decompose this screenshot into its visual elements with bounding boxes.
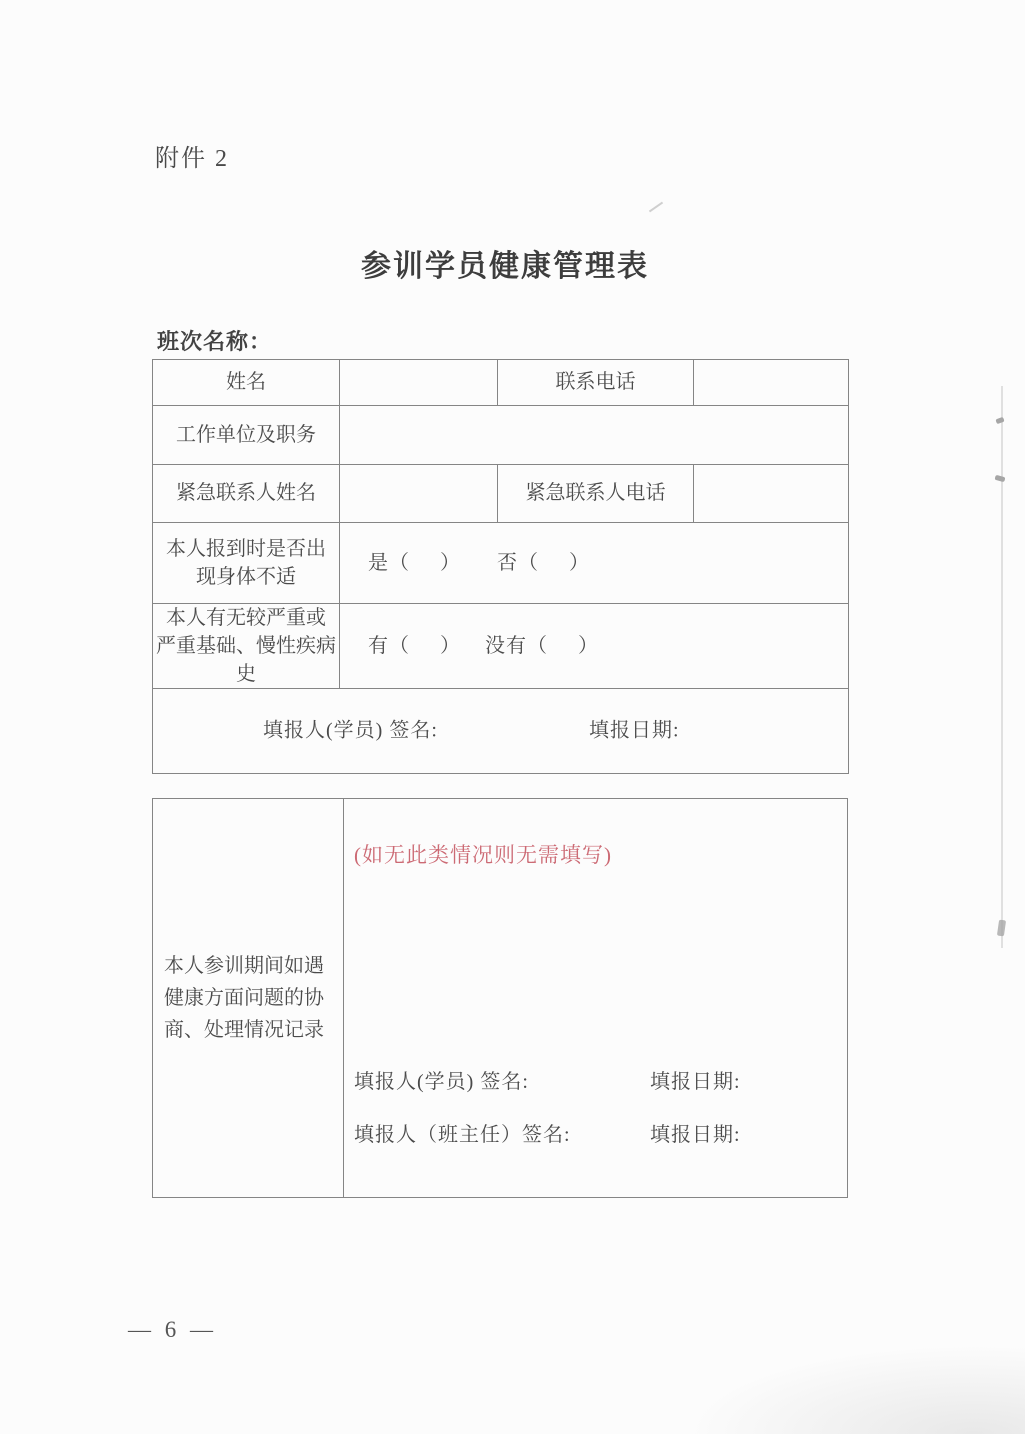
- table-row: 本人报到时是否出 现身体不适 是（ ） 否（ ）: [153, 523, 849, 604]
- scan-edge-artifact: [1001, 386, 1003, 948]
- name-input-cell[interactable]: [340, 360, 498, 406]
- fill-date-label: 填报日期:: [650, 1065, 741, 1094]
- phone-input-cell[interactable]: [694, 360, 849, 406]
- emergency-contact-name-input-cell[interactable]: [340, 465, 498, 523]
- attachment-label: 附件 2: [155, 138, 229, 173]
- scan-corner-shadow: [685, 1344, 1025, 1434]
- teacher-signature-line[interactable]: 填报人（班主任）签名: 填报日期:: [354, 1118, 834, 1144]
- emergency-contact-name-label: 紧急联系人姓名: [153, 465, 340, 523]
- table-row: 填报人(学员) 签名: 填报日期:: [153, 689, 849, 774]
- health-record-content-cell[interactable]: (如无此类情况则无需填写) 填报人(学员) 签名: 填报日期: 填报人（班主任）…: [344, 799, 847, 1197]
- red-instruction-note: (如无此类情况则无需填写): [354, 839, 612, 869]
- page-number: — 6 —: [128, 1317, 217, 1343]
- student-signature-label: 填报人(学员) 签名:: [354, 1071, 529, 1093]
- disease-history-question-label: 本人有无较严重或 严重基础、慢性疾病 史: [153, 604, 340, 689]
- disease-history-options[interactable]: 有（ ） 没有（ ）: [340, 604, 849, 689]
- table-row: 本人有无较严重或 严重基础、慢性疾病 史 有（ ） 没有（ ）: [153, 604, 849, 689]
- health-info-table: 姓名 联系电话 工作单位及职务 紧急联系人姓名 紧急联系人电话 本人报到时是否出…: [152, 359, 849, 774]
- student-signature-label: 填报人(学员) 签名:: [263, 718, 438, 745]
- signature-row-cell[interactable]: 填报人(学员) 签名: 填报日期:: [153, 689, 849, 774]
- emergency-contact-phone-label: 紧急联系人电话: [498, 465, 694, 523]
- student-signature-line[interactable]: 填报人(学员) 签名: 填报日期:: [354, 1065, 834, 1091]
- teacher-signature-label: 填报人（班主任）签名:: [354, 1124, 571, 1146]
- phone-label: 联系电话: [498, 360, 694, 406]
- table-row: 工作单位及职务: [153, 406, 849, 465]
- work-unit-label: 工作单位及职务: [153, 406, 340, 465]
- scan-mark-artifact: [995, 417, 1004, 424]
- work-unit-input-cell[interactable]: [340, 406, 849, 465]
- name-label: 姓名: [153, 360, 340, 406]
- scanned-form-page: 附件 2 参训学员健康管理表 班次名称： 姓名 联系电话 工作单位及职务 紧急联…: [0, 0, 1025, 1434]
- fill-date-label: 填报日期:: [589, 718, 680, 745]
- health-record-label: 本人参训期间如遇 健康方面问题的协 商、处理情况记录: [153, 799, 344, 1197]
- scan-mark-artifact: [997, 920, 1006, 937]
- class-name-field-label: 班次名称：: [157, 325, 272, 356]
- emergency-contact-phone-input-cell[interactable]: [694, 465, 849, 523]
- health-record-table: 本人参训期间如遇 健康方面问题的协 商、处理情况记录 (如无此类情况则无需填写)…: [152, 798, 848, 1198]
- discomfort-yes-no-options[interactable]: 是（ ） 否（ ）: [340, 523, 849, 604]
- table-row: 姓名 联系电话: [153, 360, 849, 406]
- fill-date-label: 填报日期:: [650, 1118, 741, 1147]
- page-title: 参训学员健康管理表: [0, 241, 1010, 285]
- scan-mark-artifact: [995, 475, 1006, 482]
- table-row: 紧急联系人姓名 紧急联系人电话: [153, 465, 849, 523]
- scan-smudge-artifact: [649, 202, 663, 213]
- discomfort-question-label: 本人报到时是否出 现身体不适: [153, 523, 340, 604]
